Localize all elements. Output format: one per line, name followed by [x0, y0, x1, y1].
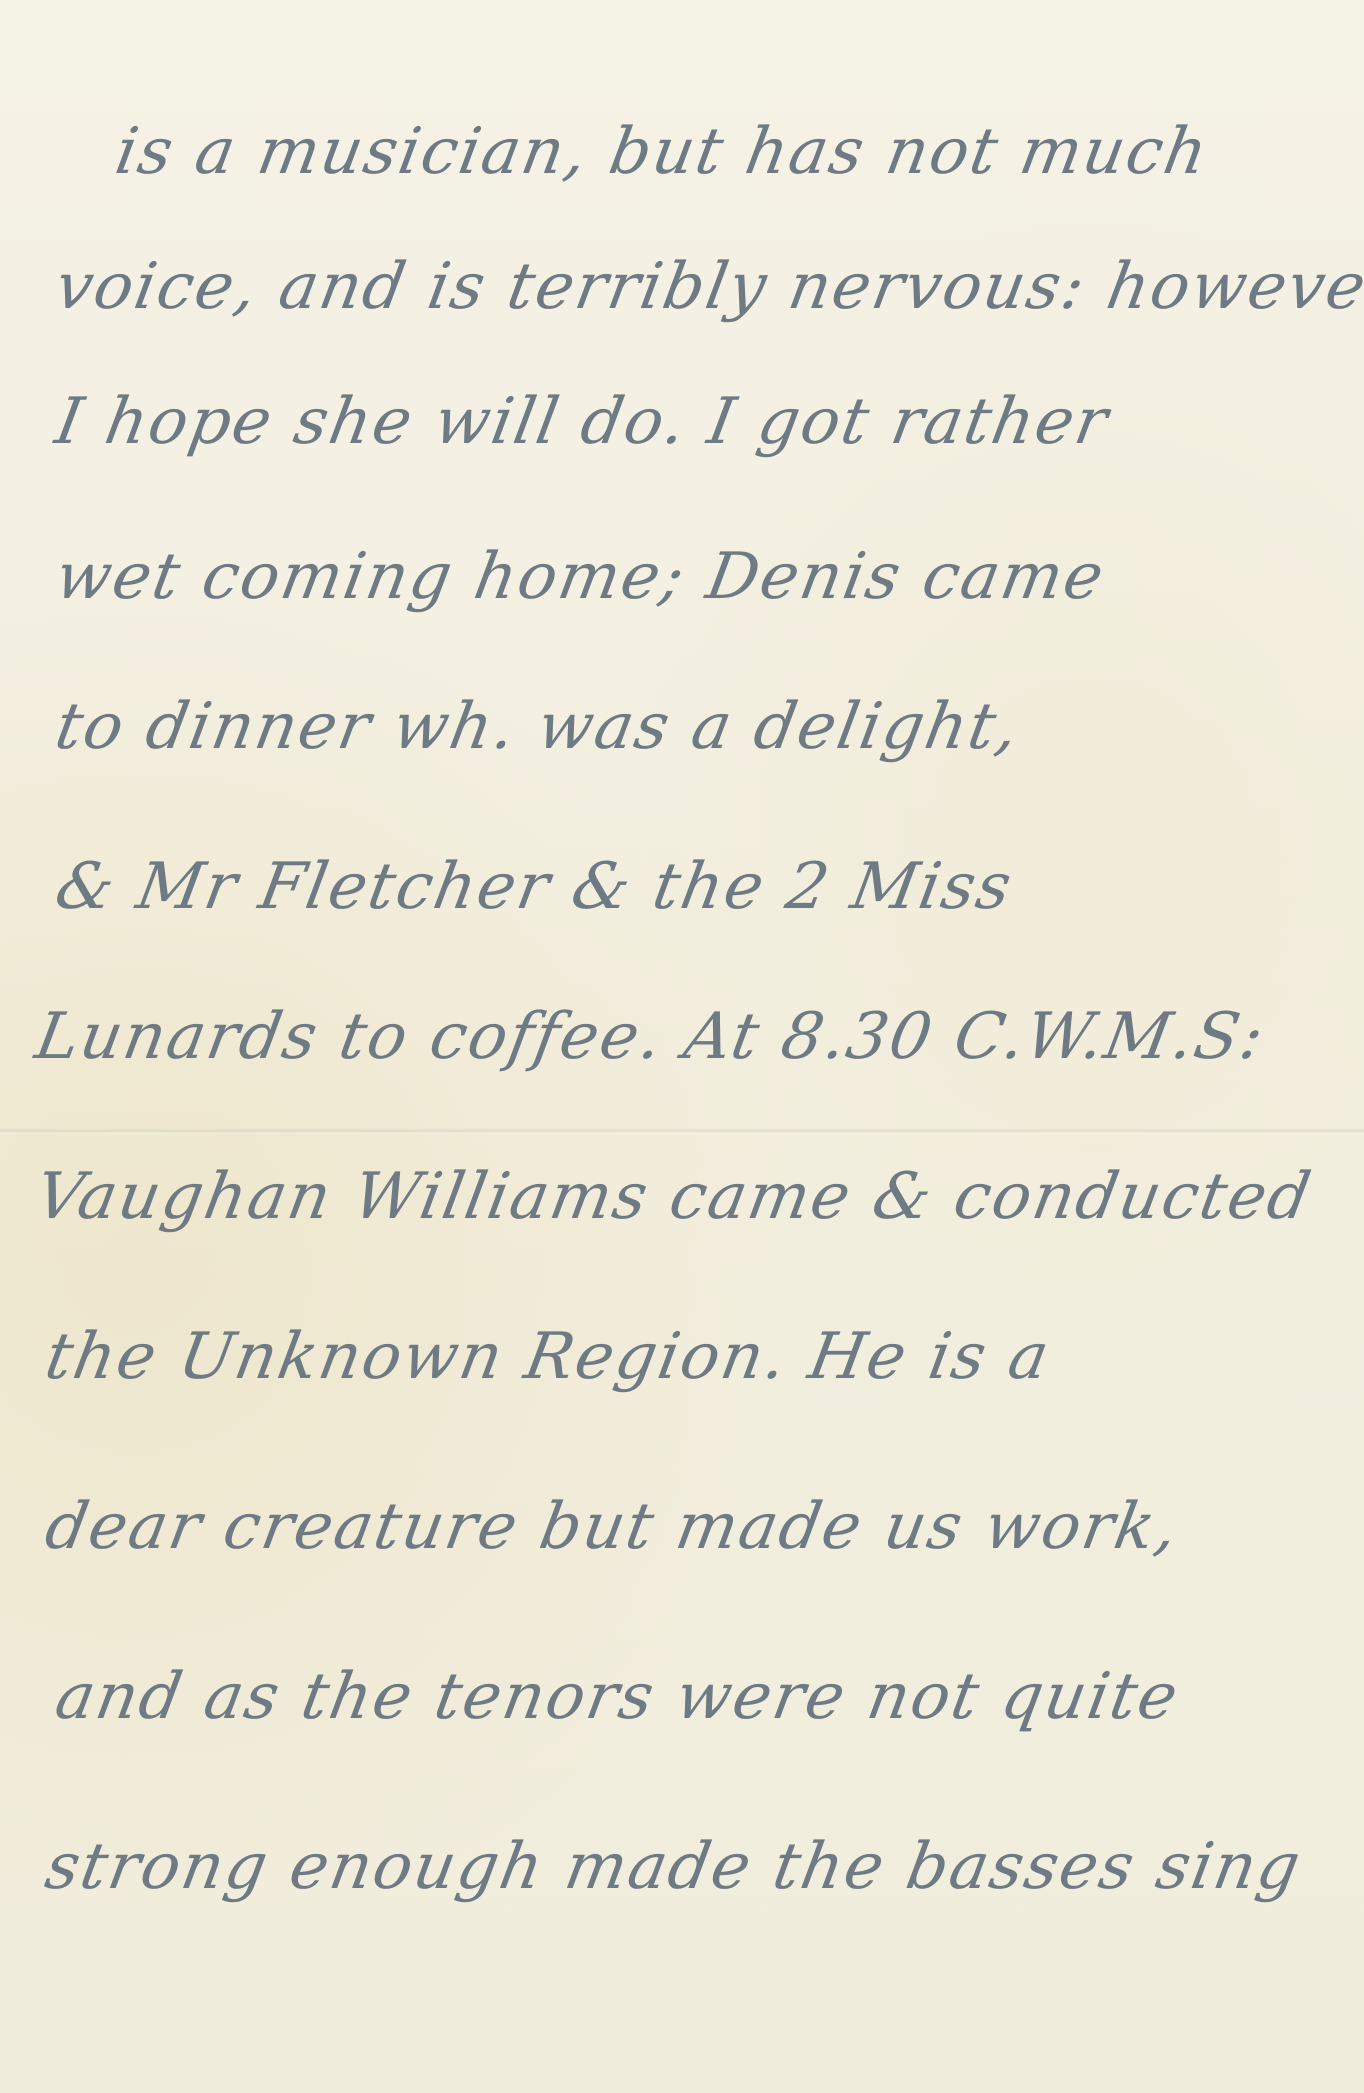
handwritten-line-5: to dinner wh. was a delight, — [50, 690, 1353, 764]
handwritten-line-11: and as the tenors were not quite — [50, 1660, 1353, 1734]
handwritten-line-1: is a musician, but has not much — [110, 115, 1364, 189]
handwritten-line-6: & Mr Fletcher & the 2 Miss — [50, 850, 1353, 924]
handwritten-line-8: Vaughan Williams came & conducted — [30, 1160, 1333, 1234]
handwritten-line-10: dear creature but made us work, — [40, 1490, 1343, 1564]
handwritten-line-12: strong enough made the basses sing — [40, 1830, 1343, 1904]
paper-fold — [0, 1128, 1364, 1134]
handwritten-line-2: voice, and is terribly nervous: however — [50, 250, 1353, 324]
handwritten-line-3: I hope she will do. I got rather — [50, 385, 1353, 459]
handwritten-line-4: wet coming home; Denis came — [50, 540, 1353, 614]
letter-page: is a musician, but has not much voice, a… — [0, 0, 1364, 2093]
handwritten-line-9: the Unknown Region. He is a — [40, 1320, 1343, 1394]
handwritten-line-7: Lunards to coffee. At 8.30 C.W.M.S: — [30, 1000, 1333, 1074]
